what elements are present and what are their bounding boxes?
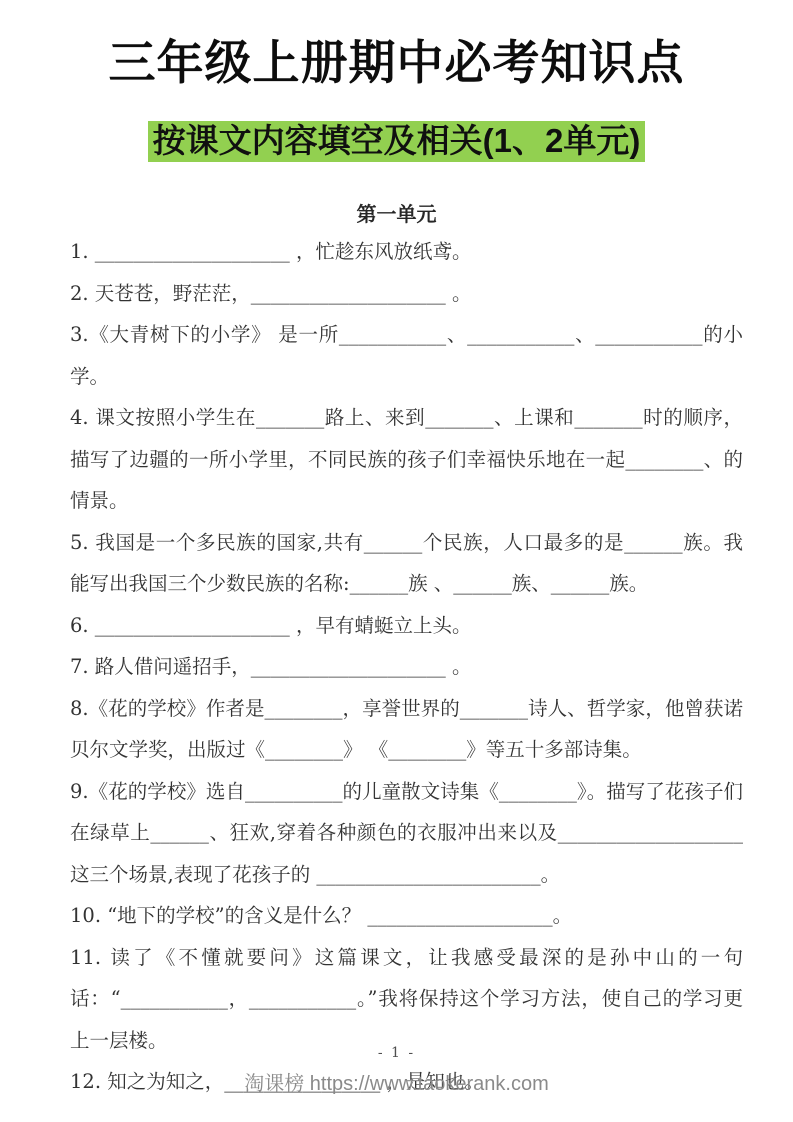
- question-item: 11. 读了《不懂就要问》这篇课文，让我感受最深的是孙中山的一句话：“_____…: [70, 937, 743, 1062]
- page-title: 三年级上册期中必考知识点: [0, 36, 793, 90]
- question-item: 7. 路人借问遥招手，____________________ 。: [70, 646, 743, 688]
- footer-site-link[interactable]: 淘课榜 https://www.taokerank.com: [0, 1067, 793, 1096]
- question-item: 3.《大青树下的小学》 是一所___________、___________、_…: [70, 314, 743, 397]
- worksheet-page: 三年级上册期中必考知识点 按课文内容填空及相关(1、2单元) 第一单元 1. _…: [0, 0, 793, 1122]
- page-subtitle: 按课文内容填空及相关(1、2单元): [148, 121, 646, 161]
- question-item: 1. ____________________ ，忙趁东风放纸鸢。: [70, 231, 743, 273]
- question-item: 10. “地下的学校”的含义是什么？ ___________________。: [70, 895, 743, 937]
- section-heading: 第一单元: [0, 198, 793, 227]
- page-number: - 1 -: [0, 1045, 793, 1061]
- question-item: 8.《花的学校》作者是________，享誉世界的_______诗人、哲学家，他…: [70, 688, 743, 771]
- page-footer: - 1 - 淘课榜 https://www.taokerank.com: [0, 1045, 793, 1096]
- question-item: 2. 天苍苍，野茫茫，____________________ 。: [70, 273, 743, 315]
- question-item: 6. ____________________ ，早有蜻蜓立上头。: [70, 605, 743, 647]
- question-item: 9.《花的学校》选自__________的儿童散文诗集《________》。描写…: [70, 771, 743, 896]
- subtitle-row: 按课文内容填空及相关(1、2单元): [0, 94, 793, 189]
- question-item: 4. 课文按照小学生在_______路上、来到_______、上课和______…: [70, 397, 743, 522]
- question-list: 1. ____________________ ，忙趁东风放纸鸢。 2. 天苍苍…: [0, 229, 793, 1103]
- question-item: 5. 我国是一个多民族的国家,共有______个民族，人口最多的是______族…: [70, 522, 743, 605]
